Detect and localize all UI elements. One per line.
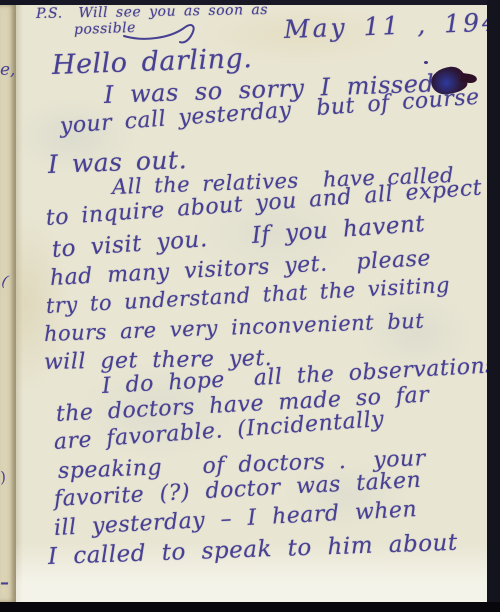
adjacent-page-edge [0, 5, 16, 602]
ps-flourish [122, 20, 212, 46]
scan-border-right [487, 0, 500, 612]
handwritten-line: Hello darling. [52, 45, 253, 79]
scan-border-bottom [0, 602, 500, 612]
postscript-line: P.S. Will see you as soon as [36, 3, 268, 21]
letter-date: May 11 , 1944 [284, 9, 500, 42]
edge-ink-fragment: – [0, 572, 9, 593]
edge-ink-fragment: e, [0, 60, 15, 80]
ink-dot [424, 61, 428, 64]
letter-scan: P.S. Will see you as soon as possible Ma… [0, 0, 500, 612]
